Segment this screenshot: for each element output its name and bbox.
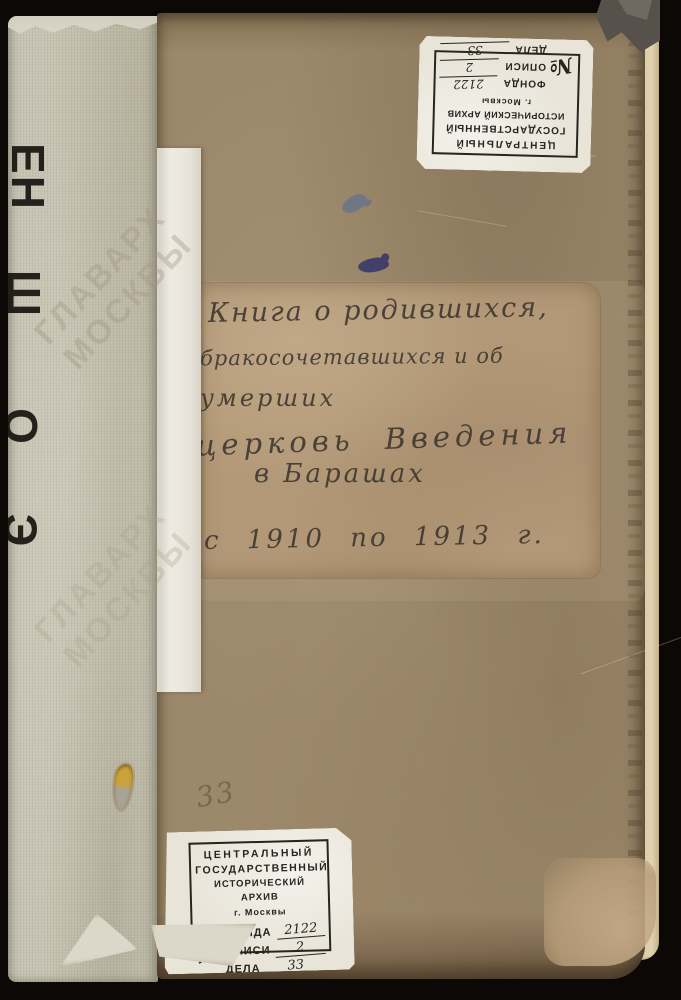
archive-label-top: ЦЕНТРАЛЬНЫЙ ГОСУДАРСТВЕННЫЙ ИСТОРИЧЕСКИЙ… bbox=[416, 36, 593, 174]
spine-letter-fragment: Э bbox=[8, 514, 43, 549]
title-line: в Барашах bbox=[254, 459, 426, 489]
title-line: с 1910 по 1913 г. bbox=[204, 520, 545, 556]
book-spine: ЕН Ш О Э bbox=[8, 16, 158, 982]
opis-value: 2 bbox=[440, 58, 500, 74]
spine-letter-fragment: Ш bbox=[8, 270, 47, 318]
cloth-damage-hole bbox=[112, 763, 135, 811]
title-line: Книга о родившихся, bbox=[208, 292, 549, 329]
pencil-file-number: 33 bbox=[193, 775, 238, 814]
hinge-paper-strip bbox=[157, 148, 201, 692]
frayed-cover-edge bbox=[628, 40, 642, 940]
opis-value: 2 bbox=[275, 939, 326, 958]
handwritten-title-label: Книга о родившихся, бракосочетавшихся и … bbox=[196, 283, 600, 578]
title-line: умерших bbox=[200, 384, 336, 412]
stamp-row-opis: ОПИСИ 2 bbox=[440, 58, 546, 75]
title-line: церковь Введения bbox=[196, 415, 573, 462]
scratch-mark bbox=[418, 210, 507, 227]
stamp-row-delo: ДЕЛА 33 bbox=[440, 41, 546, 58]
book-cover-scan: ЕН Ш О Э ГЛАВАРХ МОСКВЫ ГЛАВАРХ МОСКВЫ К… bbox=[0, 0, 681, 1000]
archive-org-line: г. Москвы bbox=[196, 904, 324, 920]
stamp-row-fond: ФОНДА 2122 bbox=[439, 75, 545, 92]
opis-label: ОПИСИ bbox=[504, 60, 546, 72]
title-line: бракосочетавшихся и об bbox=[200, 344, 504, 371]
frayed-cloth-top bbox=[8, 16, 158, 36]
fond-value: 2122 bbox=[276, 921, 325, 940]
number-symbol: № bbox=[546, 52, 576, 81]
archive-stamp-frame: ЦЕНТРАЛЬНЫЙ ГОСУДАРСТВЕННЫЙ ИСТОРИЧЕСКИЙ… bbox=[432, 50, 581, 158]
spine-letter-fragment: ЕН bbox=[8, 143, 51, 211]
spine-letter-fragment: О bbox=[8, 408, 44, 446]
delo-value: 33 bbox=[440, 41, 509, 57]
delo-label: ДЕЛА bbox=[514, 43, 546, 55]
worn-bottom-corner bbox=[544, 858, 656, 966]
fond-label: ФОНДА bbox=[503, 77, 546, 89]
archive-org-line: ИСТОРИЧЕСКИЙ АРХИВ bbox=[195, 876, 324, 907]
archive-org-line: ЦЕНТРАЛЬНЫЙ bbox=[438, 134, 572, 152]
fond-value: 2122 bbox=[439, 75, 497, 91]
